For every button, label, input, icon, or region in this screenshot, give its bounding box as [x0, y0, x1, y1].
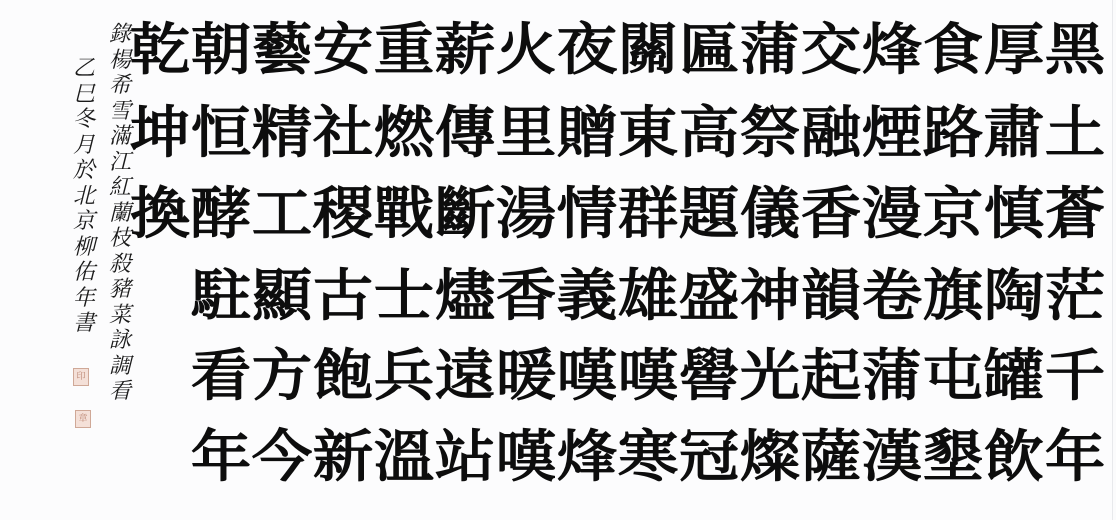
- inscription-character: 乙: [72, 56, 96, 82]
- calligraphy-character: 儀: [737, 176, 804, 252]
- inscription-character: 佑: [72, 260, 96, 286]
- calligraphy-character: 精: [249, 95, 316, 171]
- calligraphy-character: 嘆: [615, 338, 682, 414]
- calligraphy-character: 香: [493, 258, 560, 334]
- inscription-character: 希: [108, 73, 132, 99]
- inscription-character: 菜: [108, 303, 132, 329]
- calligraphy-character: 冠: [676, 419, 743, 495]
- calligraphy-character: 墾: [920, 419, 987, 495]
- calligraphy-character: 贈: [554, 95, 621, 171]
- calligraphy-character: 薪: [432, 12, 499, 88]
- inscription-character: 錄: [108, 22, 132, 48]
- calligraphy-character: 站: [432, 419, 499, 495]
- inscription-left-column: 乙巳冬月於北京柳佑年書: [72, 56, 96, 337]
- calligraphy-character: 煙: [859, 95, 926, 171]
- calligraphy-character: 漫: [859, 176, 926, 252]
- calligraphy-character: 稷: [310, 176, 377, 252]
- calligraphy-character: 融: [798, 95, 865, 171]
- calligraphy-character: 高: [676, 95, 743, 171]
- calligraphy-character: 屯: [920, 338, 987, 414]
- calligraphy-character: 燃: [371, 95, 438, 171]
- calligraphy-character: 情: [554, 176, 621, 252]
- inscription-character: 巳: [72, 82, 96, 108]
- calligraphy-character: 旗: [920, 258, 987, 334]
- calligraphy-character: 燦: [737, 419, 804, 495]
- calligraphy-character: 蒼: [1042, 176, 1109, 252]
- calligraphy-character: 烽: [859, 12, 926, 88]
- calligraphy-character: 茫: [1042, 258, 1109, 334]
- seal-stamp-upper: 印: [73, 368, 89, 386]
- inscription-character: 枝: [108, 226, 132, 252]
- calligraphy-character: 神: [737, 258, 804, 334]
- calligraphy-character: 今: [249, 419, 316, 495]
- calligraphy-character: 換: [127, 176, 194, 252]
- inscription-character: 月: [72, 133, 96, 159]
- inscription-character: 冬: [72, 107, 96, 133]
- calligraphy-character: 義: [554, 258, 621, 334]
- inscription-right-column: 錄楊希雪滿江紅蘭枝殺豬菜詠調看: [108, 22, 132, 405]
- calligraphy-character: 安: [310, 12, 377, 88]
- inscription-character: 紅: [108, 175, 132, 201]
- calligraphy-character: 兵: [371, 338, 438, 414]
- calligraphy-character: 傳: [432, 95, 499, 171]
- calligraphy-character: 厚: [981, 12, 1048, 88]
- inscription-character: 雪: [108, 99, 132, 125]
- calligraphy-character: 嘆: [554, 338, 621, 414]
- calligraphy-character: 戰: [371, 176, 438, 252]
- calligraphy-character: 里: [493, 95, 560, 171]
- calligraphy-character: 烽: [554, 419, 621, 495]
- calligraphy-character: 士: [371, 258, 438, 334]
- calligraphy-character: 群: [615, 176, 682, 252]
- calligraphy-character: 遠: [432, 338, 499, 414]
- inscription-character: 殺: [108, 252, 132, 278]
- calligraphy-character: 顯: [249, 258, 316, 334]
- calligraphy-character: 嘆: [493, 419, 560, 495]
- calligraphy-character: 黑: [1042, 12, 1109, 88]
- calligraphy-character: 香: [798, 176, 865, 252]
- inscription-character: 豬: [108, 277, 132, 303]
- calligraphy-character: 京: [920, 176, 987, 252]
- inscription-character: 書: [72, 311, 96, 337]
- calligraphy-character: 關: [615, 12, 682, 88]
- calligraphy-character: 湯: [493, 176, 560, 252]
- calligraphy-character: 新: [310, 419, 377, 495]
- calligraphy-character: 陶: [981, 258, 1048, 334]
- calligraphy-character: 薩: [798, 419, 865, 495]
- calligraphy-character: 路: [920, 95, 987, 171]
- inscription-character: 滿: [108, 124, 132, 150]
- calligraphy-character: 看: [188, 338, 255, 414]
- inscription-character: 年: [72, 286, 96, 312]
- calligraphy-character: 燼: [432, 258, 499, 334]
- calligraphy-character: 飽: [310, 338, 377, 414]
- calligraphy-character: 食: [920, 12, 987, 88]
- calligraphy-character: 飲: [981, 419, 1048, 495]
- seal-stamp-lower: 章: [75, 410, 91, 428]
- calligraphy-character: 交: [798, 12, 865, 88]
- calligraphy-character: 光: [737, 338, 804, 414]
- calligraphy-character: 肅: [981, 95, 1048, 171]
- calligraphy-character: 駐: [188, 258, 255, 334]
- calligraphy-character: 慎: [981, 176, 1048, 252]
- inscription-character: 京: [72, 209, 96, 235]
- inscription-character: 蘭: [108, 201, 132, 227]
- calligraphy-character: 東: [615, 95, 682, 171]
- calligraphy-character: 年: [1042, 419, 1109, 495]
- calligraphy-character: 匾: [676, 12, 743, 88]
- inscription-character: 江: [108, 150, 132, 176]
- inscription-character: 柳: [72, 235, 96, 261]
- calligraphy-character: 溫: [371, 419, 438, 495]
- calligraphy-character: 暖: [493, 338, 560, 414]
- calligraphy-character: 藝: [249, 12, 316, 88]
- calligraphy-character: 方: [249, 338, 316, 414]
- calligraphy-character: 題: [676, 176, 743, 252]
- calligraphy-character: 恒: [188, 95, 255, 171]
- inscription-character: 北: [72, 184, 96, 210]
- calligraphy-character: 罐: [981, 338, 1048, 414]
- calligraphy-character: 漢: [859, 419, 926, 495]
- calligraphy-character: 酵: [188, 176, 255, 252]
- calligraphy-character: 重: [371, 12, 438, 88]
- calligraphy-character: 工: [249, 176, 316, 252]
- calligraphy-character: 年: [188, 419, 255, 495]
- calligraphy-character: 祭: [737, 95, 804, 171]
- calligraphy-character: 嚳: [676, 338, 743, 414]
- calligraphy-character: 盛: [676, 258, 743, 334]
- calligraphy-character: 火: [493, 12, 560, 88]
- inscription-character: 調: [108, 354, 132, 380]
- inscription-character: 楊: [108, 48, 132, 74]
- calligraphy-character: 寒: [615, 419, 682, 495]
- inscription-character: 看: [108, 379, 132, 405]
- calligraphy-character: 蒲: [859, 338, 926, 414]
- calligraphy-character: 土: [1042, 95, 1109, 171]
- calligraphy-character: 雄: [615, 258, 682, 334]
- calligraphy-character: 斷: [432, 176, 499, 252]
- calligraphy-character: 乾: [127, 12, 194, 88]
- calligraphy-character: 坤: [127, 95, 194, 171]
- calligraphy-character: 朝: [188, 12, 255, 88]
- inscription-character: 於: [72, 158, 96, 184]
- main-text-grid: 黑土蒼茫千年厚肅慎陶罐飲食路京旗屯墾烽煙漫卷蒲漢交融香韻起薩蒲祭儀神光燦匾高題盛…: [0, 0, 1116, 520]
- calligraphy-character: 古: [310, 258, 377, 334]
- calligraphy-character: 起: [798, 338, 865, 414]
- calligraphy-character: 韻: [798, 258, 865, 334]
- inscription-character: 詠: [108, 328, 132, 354]
- calligraphy-character: 社: [310, 95, 377, 171]
- calligraphy-character: 夜: [554, 12, 621, 88]
- calligraphy-character: 卷: [859, 258, 926, 334]
- calligraphy-character: 蒲: [737, 12, 804, 88]
- calligraphy-character: 千: [1042, 338, 1109, 414]
